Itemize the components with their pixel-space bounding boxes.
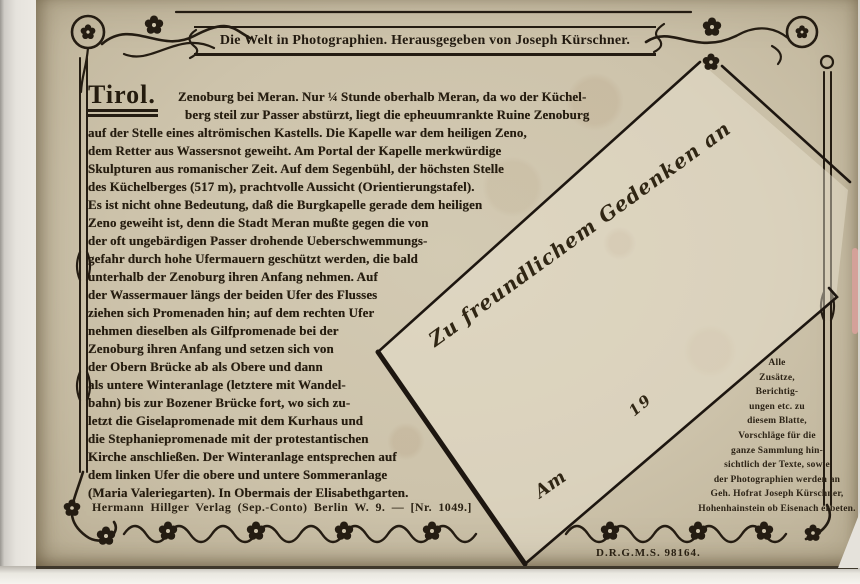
article-line: letzt die Giselapromenade mit dem Kurhau… (88, 412, 668, 430)
envelope-upper-right-edge (722, 66, 850, 182)
notice-line: ungen etc. zu (652, 400, 860, 415)
article-line: gefahr durch hohe Ufermauern geschützt w… (88, 250, 668, 268)
notice-line: ganze Sammlung hin- (652, 444, 860, 459)
postcard: Die Welt in Photographien. Herausgegeben… (36, 0, 858, 569)
article-line: als untere Winteranlage (letztere mit Wa… (88, 376, 668, 394)
article-line: Zenoburg ihren Anfang und setzen sich vo… (88, 340, 668, 358)
article-line: Skulpturen aus romanischer Zeit. Auf dem… (88, 160, 668, 178)
scanner-background-left (0, 0, 36, 584)
article-line: der Obern Brücke ab als Obere und dann (88, 358, 668, 376)
series-title: Die Welt in Photographien. Herausgegeben… (194, 26, 656, 56)
drgm-number: D.R.G.M.S. 98164. (596, 547, 701, 559)
article-line: auf der Stelle eines altrömischen Kastel… (88, 124, 668, 142)
notice-line: Geh. Hofrat Joseph Kürschner, (652, 487, 860, 502)
article-text: Zenoburg bei Meran. Nur ¼ Stunde oberhal… (88, 88, 668, 502)
article-line: Kirche anschließen. Der Winteranlage ent… (88, 448, 668, 466)
article-line: dem Retter aus Wassersnot geweiht. Am Po… (88, 142, 668, 160)
article-line: ziehen sich Promenaden hin; auf dem rech… (88, 304, 668, 322)
top-right-medallion (787, 17, 817, 47)
notice-line: Berichtig- (652, 385, 860, 400)
notice-line: der Photographien werden an (652, 473, 860, 488)
article-line: des Küchelberges (517 m), prachtvolle Au… (88, 178, 668, 196)
notice-line: Alle (652, 356, 860, 371)
notice-line: sichtlich der Texte, sowie (652, 458, 860, 473)
notice-line: diesem Blatte, (652, 414, 860, 429)
article-line: bahn) bis zur Bozener Brücke fort, wo si… (88, 394, 668, 412)
top-left-medallion (72, 16, 104, 48)
article-line: Zenoburg bei Meran. Nur ¼ Stunde oberhal… (178, 88, 668, 106)
scanned-postcard-back: { "postcard": { "series_title": "Die Wel… (0, 0, 860, 584)
article-line: Es ist nicht ohne Bedeutung, daß die Bur… (88, 196, 668, 214)
editorial-notice: Alle Zusätze, Berichtig- ungen etc. zu d… (652, 356, 860, 517)
article-line: der Wassermauer längs der beiden Ufer de… (88, 286, 668, 304)
article-line: dem linken Ufer die obere und untere Som… (88, 466, 668, 484)
scan-artifact-pink-streak (852, 248, 858, 334)
article-line: unterhalb der Zenoburg ihren Anfang nehm… (88, 268, 668, 286)
notice-line: Hohenhainstein ob Eisenach erbeten. (652, 502, 860, 517)
notice-line: Zusätze, (652, 371, 860, 386)
article-line: berg steil zur Passer abstürzt, liegt di… (185, 106, 668, 124)
notice-line: Vorschläge für die (652, 429, 860, 444)
article-line: nehmen dieselben als Gilfpromenade bei d… (88, 322, 668, 340)
article-line: die Stephaniepromenade mit der protestan… (88, 430, 668, 448)
bottom-scroll-band (124, 526, 786, 542)
publisher-line: Hermann Hillger Verlag (Sep.-Conto) Berl… (92, 500, 472, 515)
